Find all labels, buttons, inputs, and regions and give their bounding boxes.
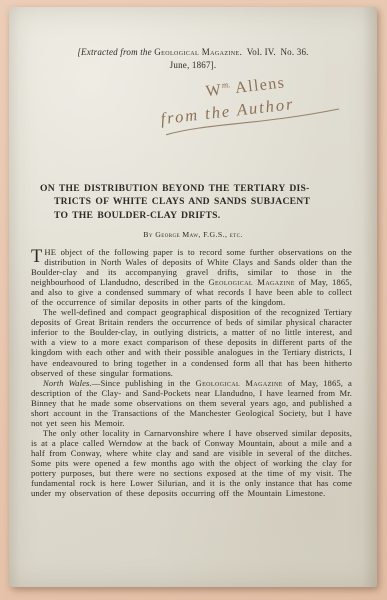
text-segment: W [205, 81, 223, 100]
dropcap-letter: T [31, 249, 42, 266]
title-line: TRICTS OF WHITE CLAYS AND SANDS SUBJACEN… [54, 195, 361, 208]
document-page: [Extracted from the Geological Magazine.… [9, 7, 377, 587]
text-segment: . Vol. IV. No. 36. [240, 47, 309, 57]
body-paragraph: North Wales.—Since publishing in the Geo… [31, 378, 352, 428]
text-segment: [Extracted from the [77, 47, 154, 57]
text-segment: Geological Magazine [208, 277, 294, 287]
scan-backdrop: [Extracted from the Geological Magazine.… [0, 0, 387, 600]
text-segment: Geological Magazine [154, 47, 239, 57]
text-segment: The well-defined and compact geographica… [31, 307, 352, 377]
text-segment: —Since publishing in the [92, 378, 196, 388]
text-segment: The only other locality in Carnarvonshir… [31, 428, 352, 498]
text-segment: North Wales. [43, 378, 92, 388]
body-paragraph: The well-defined and compact geographica… [31, 307, 352, 377]
text-segment: By George Maw, F.G.S., etc. [143, 230, 242, 239]
body-paragraph: The only other locality in Carnarvonshir… [31, 428, 352, 498]
article-byline: By George Maw, F.G.S., etc. [9, 230, 377, 239]
article-body: THE object of the following paper is to … [31, 247, 352, 498]
title-line: ON THE DISTRIBUTION BEYOND THE TERTIARY … [40, 182, 361, 195]
article-title: ON THE DISTRIBUTION BEYOND THE TERTIARY … [31, 182, 361, 222]
text-segment: Geological Magazine [196, 378, 283, 388]
extract-header-line1: [Extracted from the Geological Magazine.… [9, 46, 377, 59]
title-line: TO THE BOULDER-CLAY DRIFTS. [54, 209, 361, 222]
body-paragraph: THE object of the following paper is to … [31, 247, 352, 307]
text-segment: Allens [230, 74, 286, 97]
